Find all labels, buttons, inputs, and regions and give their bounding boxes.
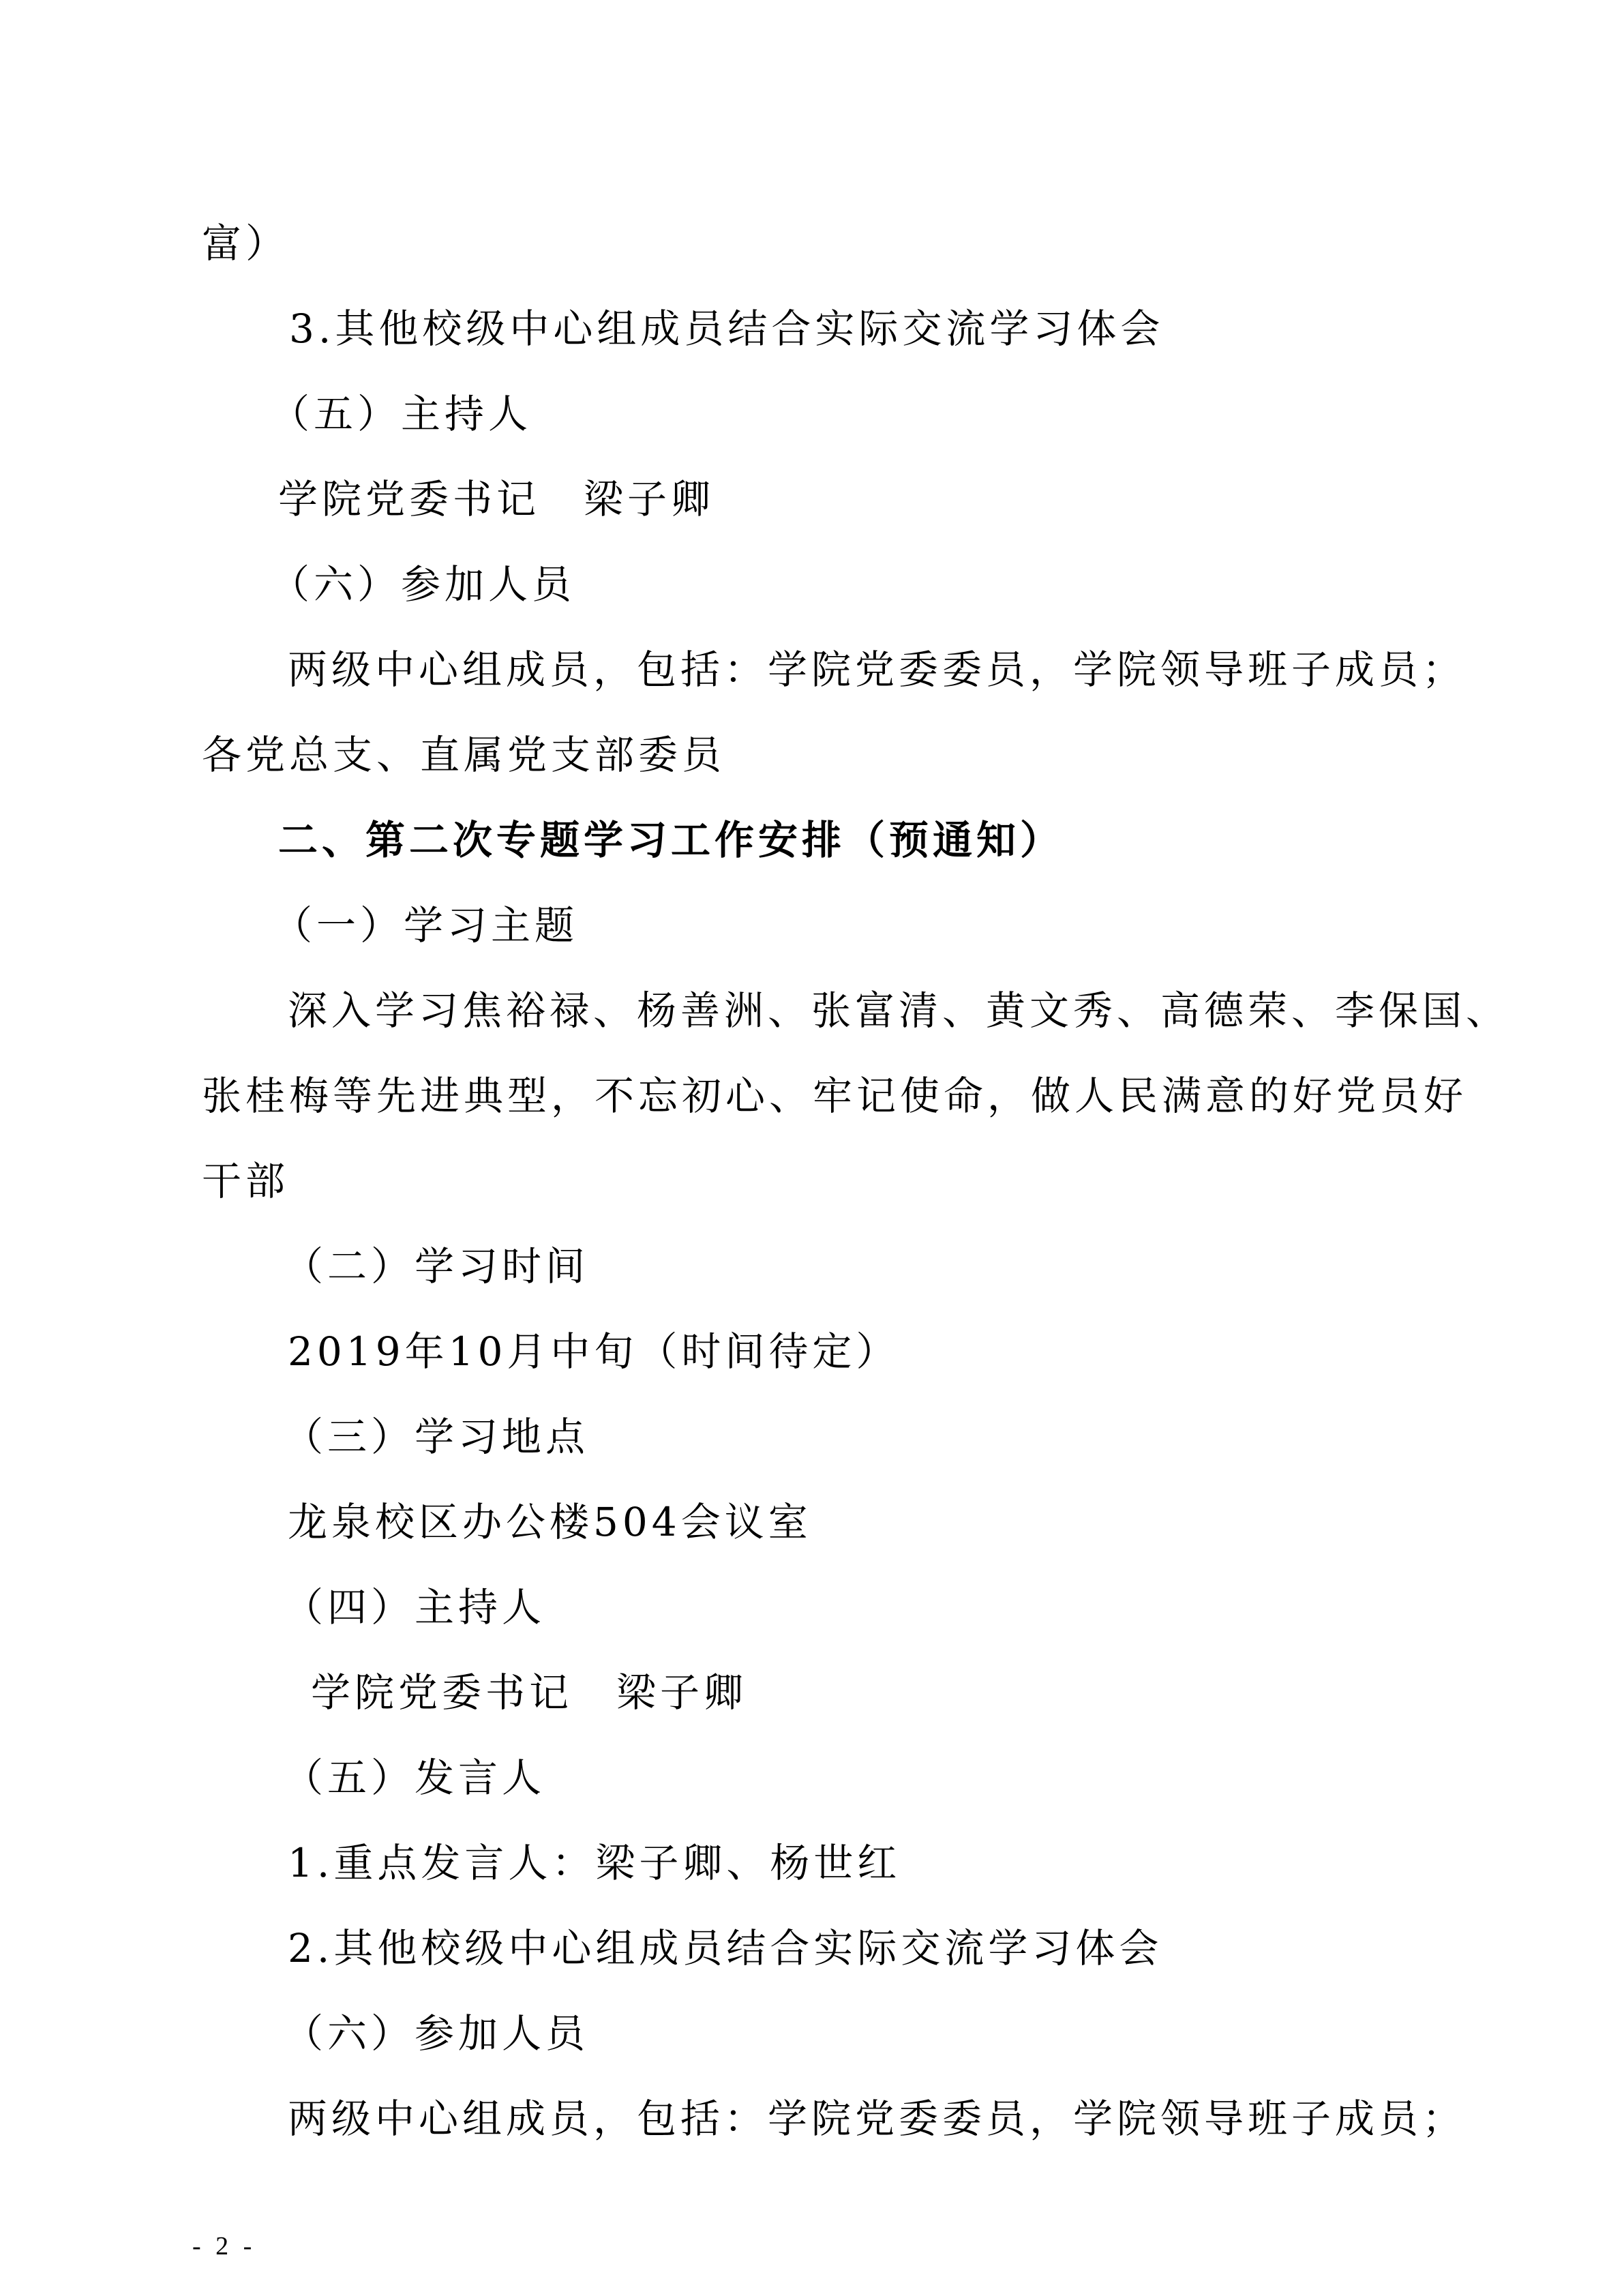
subheading-study-time: （二）学习时间 bbox=[284, 1242, 589, 1290]
text-line-participants-2: 两级中心组成员，包括：学院党委委员，学院领导班子成员； bbox=[288, 2095, 1466, 2143]
subheading-host-2: （四）主持人 bbox=[284, 1583, 545, 1631]
page-number: - 2 - bbox=[192, 2231, 256, 2261]
subheading-speakers: （五）发言人 bbox=[284, 1754, 545, 1802]
text-line-participants-cont: 各党总支、直属党支部委员 bbox=[202, 731, 725, 779]
text-line-item-3: 3.其他校级中心组成员结合实际交流学习体会 bbox=[289, 305, 1164, 353]
section-heading-second-study: 二、第二次专题学习工作安排（预通知） bbox=[278, 816, 1064, 864]
text-line-continuation: 富） bbox=[202, 220, 289, 267]
text-line-study-location: 龙泉校区办公楼504会议室 bbox=[288, 1498, 812, 1546]
subheading-participants: （六）参加人员 bbox=[270, 561, 575, 608]
text-line-key-speakers: 1.重点发言人：梁子卿、杨世红 bbox=[288, 1839, 901, 1887]
text-line-theme-1: 深入学习焦裕禄、杨善洲、张富清、黄文秀、高德荣、李保国、 bbox=[288, 987, 1509, 1034]
text-line-participants: 两级中心组成员，包括：学院党委委员，学院领导班子成员； bbox=[288, 646, 1466, 694]
text-line-study-time: 2019年10月中旬（时间待定） bbox=[288, 1328, 899, 1375]
subheading-study-location: （三）学习地点 bbox=[284, 1413, 589, 1461]
text-line-other-speakers: 2.其他校级中心组成员结合实际交流学习体会 bbox=[288, 1924, 1162, 1972]
subheading-participants-2: （六）参加人员 bbox=[284, 2010, 589, 2057]
text-line-theme-2: 张桂梅等先进典型，不忘初心、牢记使命，做人民满意的好党员好 bbox=[202, 1072, 1467, 1120]
subheading-study-theme: （一）学习主题 bbox=[273, 901, 578, 949]
text-line-theme-3: 干部 bbox=[202, 1157, 289, 1205]
text-line-host-name: 学院党委书记 梁子卿 bbox=[278, 475, 715, 523]
subheading-host: （五）主持人 bbox=[270, 390, 532, 438]
document-page: 富） 3.其他校级中心组成员结合实际交流学习体会 （五）主持人 学院党委书记 梁… bbox=[0, 0, 1624, 2296]
text-line-host-name-2: 学院党委书记 梁子卿 bbox=[311, 1669, 747, 1716]
